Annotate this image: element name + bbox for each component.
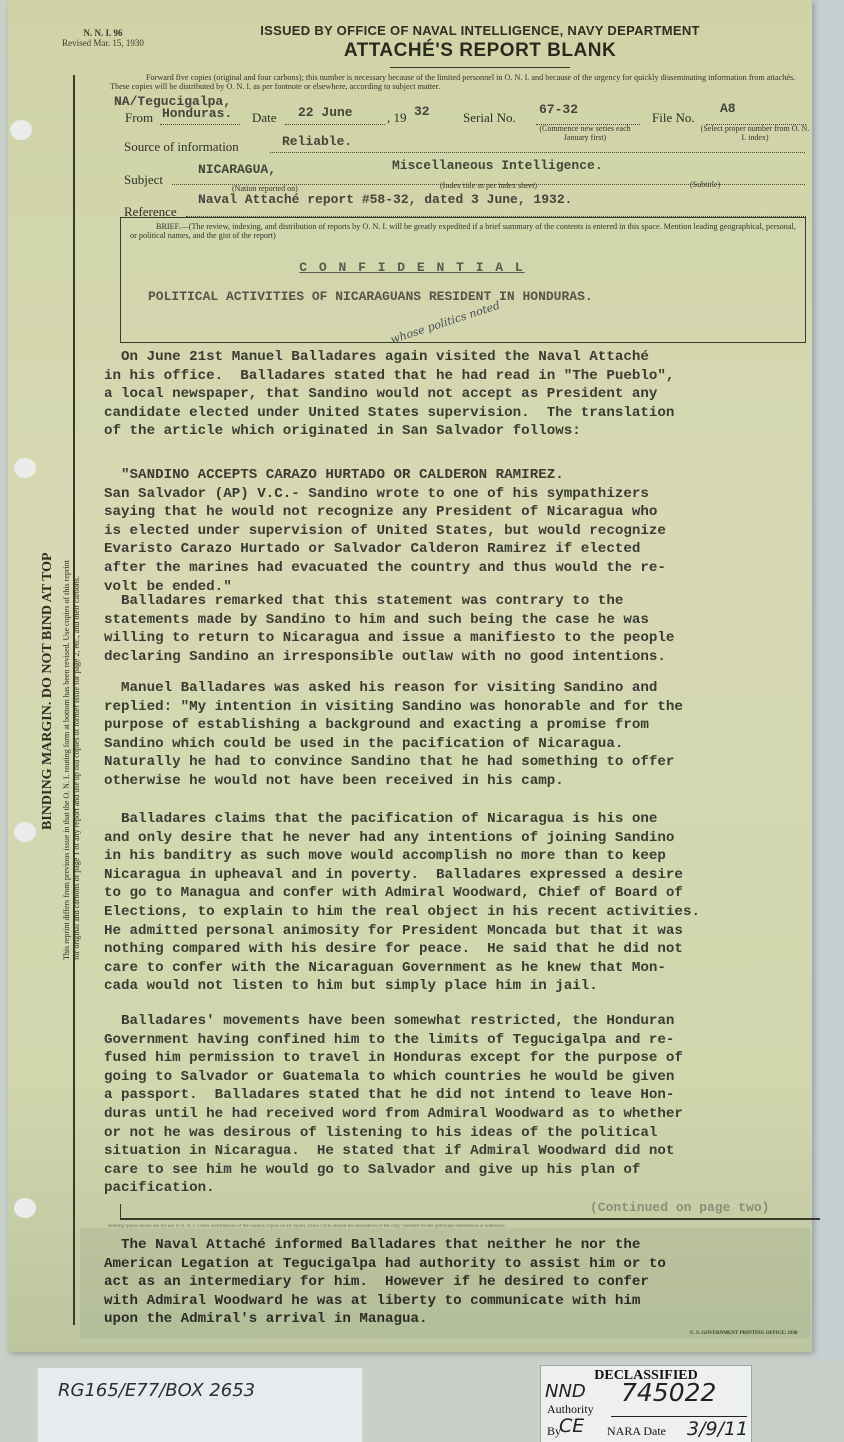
source-label: Source of information xyxy=(124,139,239,155)
punch-hole xyxy=(14,1198,36,1218)
authority-prefix: NND xyxy=(545,1381,586,1402)
continued-note: (Continued on page two) xyxy=(590,1200,769,1215)
classification-marking: C O N F I D E N T I A L xyxy=(120,260,704,275)
punch-hole xyxy=(14,458,36,478)
routing-note: Routing spaces below are for use in O. N… xyxy=(108,1224,808,1229)
subject-index-title[interactable]: Miscellaneous Intelligence. xyxy=(392,158,603,173)
body-paragraph: "SANDINO ACCEPTS CARAZO HURTADO OR CALDE… xyxy=(104,466,829,596)
overlay-paragraph: The Naval Attaché informed Balladares th… xyxy=(104,1236,829,1329)
serial-value[interactable]: 67-32 xyxy=(539,102,578,117)
file-note: (Select proper number from O. N. I. inde… xyxy=(700,124,810,142)
date-value[interactable]: 22 June xyxy=(298,105,353,120)
subject-nation[interactable]: NICARAGUA, xyxy=(198,162,276,177)
year-prefix: , 19 xyxy=(387,110,407,126)
from-value[interactable]: Honduras. xyxy=(162,106,232,121)
subject-note-index: (Index title as per index sheet) xyxy=(440,181,537,190)
subject-label: Subject xyxy=(124,172,163,188)
binding-heading: BINDING MARGIN. DO NOT BIND AT TOP xyxy=(40,552,56,830)
date-line xyxy=(285,123,385,125)
revised-date: Revised Mar. 15, 1930 xyxy=(48,38,158,48)
source-line xyxy=(270,151,805,153)
year-value[interactable]: 32 xyxy=(414,104,430,119)
routing-divider xyxy=(120,1218,820,1220)
form-number: N. N. I. 96 xyxy=(48,28,158,38)
file-label: File No. xyxy=(652,110,695,126)
from-line xyxy=(160,123,240,125)
serial-note: (Commence new series each January first) xyxy=(530,124,640,142)
issued-by: ISSUED BY OFFICE OF NAVAL INTELLIGENCE, … xyxy=(190,23,770,38)
brief-subject: POLITICAL ACTIVITIES OF NICARAGUANS RESI… xyxy=(148,289,798,304)
body-paragraph: Manuel Balladares was asked his reason f… xyxy=(104,679,829,791)
form-number-block: N. N. I. 96 Revised Mar. 15, 1930 xyxy=(48,28,158,48)
bottom-tick xyxy=(120,1204,121,1218)
brief-instructions: BRIEF.—(The review, indexing, and distri… xyxy=(130,222,798,240)
archive-reference: RG165/E77/BOX 2653 xyxy=(58,1380,255,1401)
body-paragraph: Balladares remarked that this statement … xyxy=(104,592,829,666)
binding-margin-text: BINDING MARGIN. DO NOT BIND AT TOP This … xyxy=(26,480,86,960)
forward-instructions: Forward five copies (original and four c… xyxy=(110,73,810,91)
reference-value[interactable]: Naval Attaché report #58-32, dated 3 Jun… xyxy=(198,192,572,207)
binding-note-1: This reprint differs from previous issue… xyxy=(62,560,71,960)
declassified-date: 3/9/11 xyxy=(687,1418,748,1440)
binding-note-2: for original and carbons of page 1 of an… xyxy=(72,576,81,960)
declassified-stamp: DECLASSIFIED NND Authority 745022 By CE … xyxy=(540,1365,752,1442)
source-value[interactable]: Reliable. xyxy=(282,134,352,149)
nara-date-label: NARA Date xyxy=(607,1424,666,1439)
title-divider xyxy=(390,67,570,68)
punch-hole xyxy=(10,120,32,140)
page-title: ATTACHÉ'S REPORT BLANK xyxy=(190,40,770,62)
body-paragraph: Balladares' movements have been somewhat… xyxy=(104,1012,829,1198)
from-label: From xyxy=(125,110,153,126)
printer-credit: U. S. GOVERNMENT PRINTING OFFICE: 1930 xyxy=(690,1331,798,1336)
file-value[interactable]: A8 xyxy=(720,101,736,116)
body-paragraph: On June 21st Manuel Balladares again vis… xyxy=(104,348,829,441)
date-label: Date xyxy=(252,110,277,126)
serial-label: Serial No. xyxy=(463,110,516,126)
body-paragraph: Balladares claims that the pacification … xyxy=(104,810,829,996)
archive-label-card: RG165/E77/BOX 2653 xyxy=(38,1368,362,1442)
subject-note-subtitle: (Subtitle) xyxy=(690,180,720,189)
authority-value: 745022 xyxy=(621,1378,716,1407)
authority-line xyxy=(611,1416,747,1417)
by-value: CE xyxy=(559,1415,584,1437)
